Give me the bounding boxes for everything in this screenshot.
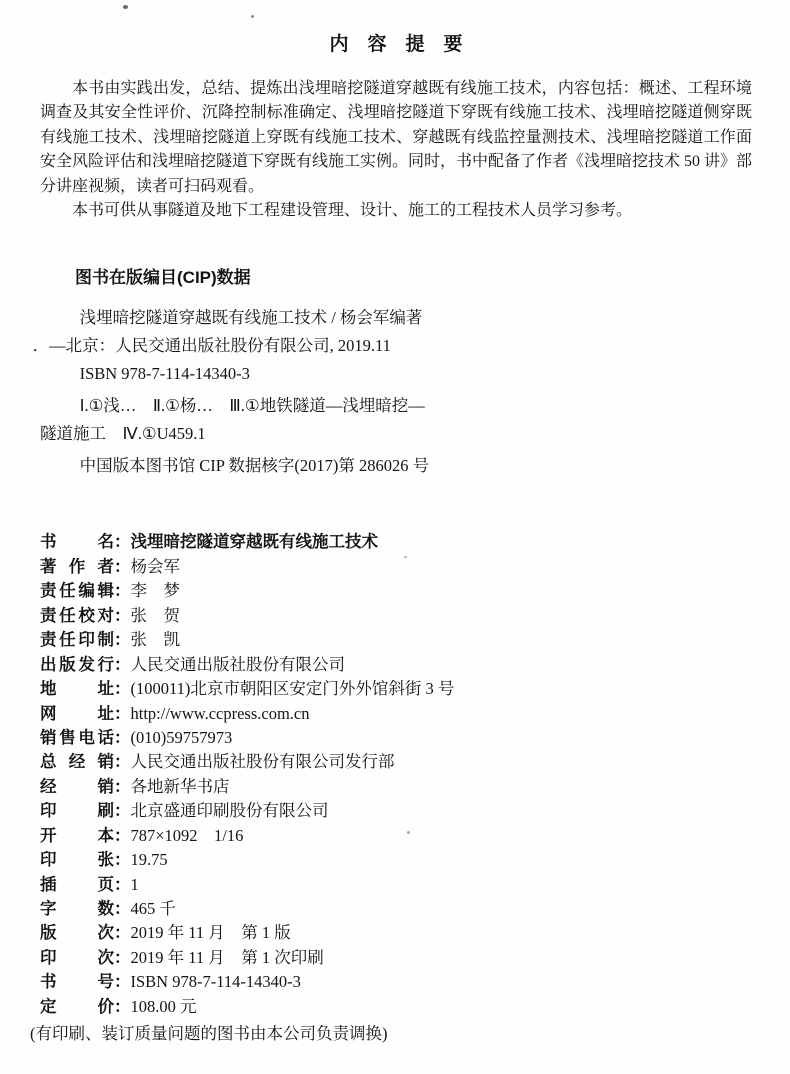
colophon-label: 字数 xyxy=(40,895,114,919)
colon: ： xyxy=(114,724,131,748)
colon: ： xyxy=(114,895,131,919)
colophon-value: http://www.ccpress.com.cn xyxy=(131,704,310,724)
scan-speck xyxy=(407,831,410,834)
colon: ： xyxy=(114,944,131,968)
colophon-row-sheets: 印张：19.75 xyxy=(40,846,752,870)
colon: ： xyxy=(114,700,131,724)
colon: ： xyxy=(114,626,131,650)
colon: ： xyxy=(114,968,131,992)
colon: ： xyxy=(114,675,131,699)
colophon-row-address: 地址：(100011)北京市朝阳区安定门外外馆斜街 3 号 xyxy=(40,675,752,699)
colophon-value: 787×1092 1/16 xyxy=(131,822,244,846)
abstract-paragraph-2: 本书可供从事隧道及地下工程建设管理、设计、施工的工程技术人员学习参考。 xyxy=(40,199,752,223)
colophon-label: 插页 xyxy=(40,871,114,895)
colon: ： xyxy=(114,528,131,552)
colophon-value: (010)59757973 xyxy=(131,728,233,748)
cip-record-number: 中国版本图书馆 CIP 数据核字(2017)第 286026 号 xyxy=(40,452,752,480)
colophon-row-distributor: 经销：各地新华书店 xyxy=(40,773,752,797)
colophon-row-print-supervisor: 责任印制：张 凯 xyxy=(40,626,752,650)
colophon-row-book-title: 书名：浅埋暗挖隧道穿越既有线施工技术 xyxy=(40,528,752,552)
colophon-row-sales-phone: 销售电话：(010)59757973 xyxy=(40,724,752,748)
colophon-value: 杨会军 xyxy=(131,553,181,577)
colophon-row-format: 开本：787×1092 1/16 xyxy=(40,822,752,846)
colophon-row-price: 定价：108.00 元 xyxy=(40,993,752,1017)
scan-speck xyxy=(123,5,128,9)
colophon-label: 著作者 xyxy=(40,553,114,577)
cip-classification-2: 隧道施工 Ⅳ.①U459.1 xyxy=(40,420,752,448)
colon: ： xyxy=(114,993,131,1017)
colophon-row-author: 著作者：杨会军 xyxy=(40,553,752,577)
colophon-label: 开本 xyxy=(40,822,114,846)
colon: ： xyxy=(114,871,131,895)
cip-section: 图书在版编目(CIP)数据 浅埋暗挖隧道穿越既有线施工技术 / 杨会军编著 ．—… xyxy=(40,267,752,480)
colon: ： xyxy=(114,797,131,821)
colophon-value: 人民交通出版社股份有限公司发行部 xyxy=(131,748,395,772)
colophon-value: 2019 年 11 月 第 1 次印刷 xyxy=(131,944,324,968)
colophon-row-website: 网址：http://www.ccpress.com.cn xyxy=(40,700,752,724)
quality-exchange-note: (有印刷、装订质量问题的图书由本公司负责调换) xyxy=(30,1022,752,1046)
cip-body: 浅埋暗挖隧道穿越既有线施工技术 / 杨会军编著 ．—北京：人民交通出版社股份有限… xyxy=(40,304,752,480)
colophon-value: 1 xyxy=(131,875,139,895)
colophon-label: 定价 xyxy=(40,993,114,1017)
colophon-label: 责任编辑 xyxy=(40,577,114,601)
colophon-label: 责任校对 xyxy=(40,602,114,626)
page-title: 内 容 提 要 xyxy=(40,0,752,57)
colophon-label: 地址 xyxy=(40,675,114,699)
colophon-value: ISBN 978-7-114-14340-3 xyxy=(131,972,301,992)
colophon-value: 108.00 元 xyxy=(131,993,197,1017)
colophon-label: 版次 xyxy=(40,919,114,943)
colophon-label: 网址 xyxy=(40,700,114,724)
colophon-label: 书名 xyxy=(40,528,114,552)
colon: ： xyxy=(114,553,131,577)
colophon-value: 2019 年 11 月 第 1 版 xyxy=(131,919,291,943)
colophon-label: 印张 xyxy=(40,846,114,870)
cip-title-statement: 浅埋暗挖隧道穿越既有线施工技术 / 杨会军编著 xyxy=(40,304,752,332)
cip-header: 图书在版编目(CIP)数据 xyxy=(75,267,752,289)
colon: ： xyxy=(114,846,131,870)
cip-classification-1: Ⅰ.①浅… Ⅱ.①杨… Ⅲ.①地铁隧道—浅埋暗挖— xyxy=(40,392,752,420)
colon: ： xyxy=(114,602,131,626)
book-copyright-page: 内 容 提 要 本书由实践出发，总结、提炼出浅埋暗挖隧道穿越既有线施工技术，内容… xyxy=(0,0,790,1074)
colophon-row-editor: 责任编辑：李 梦 xyxy=(40,577,752,601)
colophon-label: 销售电话 xyxy=(40,724,114,748)
colophon-row-printer: 印刷：北京盛通印刷股份有限公司 xyxy=(40,797,752,821)
scan-speck xyxy=(404,556,407,558)
colophon-value: 各地新华书店 xyxy=(131,773,230,797)
scan-speck xyxy=(251,15,254,18)
colon: ： xyxy=(114,919,131,943)
colophon-label: 出版发行 xyxy=(40,651,114,675)
abstract-paragraph-1: 本书由实践出发，总结、提炼出浅埋暗挖隧道穿越既有线施工技术，内容包括：概述、工程… xyxy=(40,77,752,199)
abstract-section: 本书由实践出发，总结、提炼出浅埋暗挖隧道穿越既有线施工技术，内容包括：概述、工程… xyxy=(40,77,752,223)
colophon-label: 责任印制 xyxy=(40,626,114,650)
colophon-row-publisher: 出版发行：人民交通出版社股份有限公司 xyxy=(40,651,752,675)
colophon-row-isbn: 书号：ISBN 978-7-114-14340-3 xyxy=(40,968,752,992)
colophon-row-edition: 版次：2019 年 11 月 第 1 版 xyxy=(40,919,752,943)
colophon-value: 北京盛通印刷股份有限公司 xyxy=(131,797,329,821)
colon: ： xyxy=(114,748,131,772)
colophon-row-general-distributor: 总经销：人民交通出版社股份有限公司发行部 xyxy=(40,748,752,772)
colophon-value: 19.75 xyxy=(131,850,168,870)
colophon-value: 张 贺 xyxy=(131,602,181,626)
colophon-row-printing: 印次：2019 年 11 月 第 1 次印刷 xyxy=(40,944,752,968)
cip-publisher-line: ．—北京：人民交通出版社股份有限公司, 2019.11 xyxy=(40,332,752,360)
colon: ： xyxy=(114,822,131,846)
colophon-row-word-count: 字数：465 千 xyxy=(40,895,752,919)
colophon-row-inserts: 插页：1 xyxy=(40,871,752,895)
colon: ： xyxy=(114,651,131,675)
colophon-row-proofreader: 责任校对：张 贺 xyxy=(40,602,752,626)
colophon-value: (100011)北京市朝阳区安定门外外馆斜街 3 号 xyxy=(131,675,455,699)
colophon-value: 张 凯 xyxy=(131,626,181,650)
colophon-label: 经销 xyxy=(40,773,114,797)
colophon-value: 浅埋暗挖隧道穿越既有线施工技术 xyxy=(131,528,379,552)
colon: ： xyxy=(114,773,131,797)
colophon-label: 书号 xyxy=(40,968,114,992)
colophon-label: 印次 xyxy=(40,944,114,968)
colophon-value: 465 千 xyxy=(131,895,176,919)
colophon-label: 印刷 xyxy=(40,797,114,821)
colophon-value: 李 梦 xyxy=(131,577,181,601)
cip-isbn-line: ISBN 978-7-114-14340-3 xyxy=(40,360,752,388)
colon: ： xyxy=(114,577,131,601)
colophon-value: 人民交通出版社股份有限公司 xyxy=(131,651,346,675)
colophon-label: 总经销 xyxy=(40,748,114,772)
colophon-list: 书名：浅埋暗挖隧道穿越既有线施工技术 著作者：杨会军 责任编辑：李 梦 责任校对… xyxy=(40,528,752,1017)
